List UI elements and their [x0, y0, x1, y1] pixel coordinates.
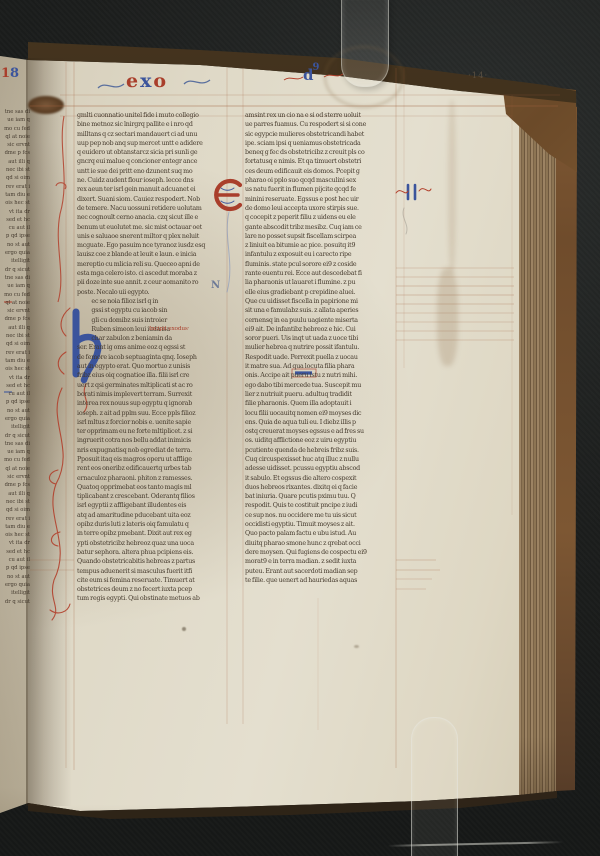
manuscript-text-line: cernensq in ea puulu uagiente miserta	[245, 316, 397, 325]
manuscript-text-line: ostq creuerat moyses egssus e ad fres su	[245, 427, 397, 436]
manuscript-text-line: rev erat i	[1, 515, 30, 523]
manuscript-text-line: ue iam q	[1, 116, 30, 124]
manuscript-text-line: ergo quia	[1, 415, 30, 423]
manuscript-text-line: ql at noie	[1, 465, 30, 473]
manuscript-text-line: mereptio cu mlicia reli su. Queceo apni …	[77, 260, 228, 269]
manuscript-text-line: ql at noie	[1, 299, 30, 307]
manuscript-text-line: p qd ipse	[1, 398, 30, 406]
manuscript-text-line: pii doze inte sue annit. z ceur aomanito…	[77, 278, 228, 287]
manuscript-text-line: respodit. Quis te costituit pncipe z iud…	[245, 501, 397, 510]
manuscript-text-line: mulier hebrea q nutrire possit ifantulu.	[245, 343, 397, 352]
manuscript-text-line: beneq g fec ds obstetricibz z creuit pls…	[245, 148, 397, 157]
manuscript-text-line: amsint rex un cio na e si od sterre uolu…	[245, 111, 397, 120]
manuscript-text-line: elle eius gradiebant p crepidine aluei.	[245, 288, 397, 297]
manuscript-text-line: itelligit	[1, 257, 30, 265]
manuscript-text-line: ego dabo tibi mercede tua. Suscepit mu	[245, 381, 397, 390]
manuscript-text-line: Pposuit itaq eis magros operu ut afflige	[77, 455, 228, 464]
photograph-scene: exo d9 ·14· 18 tne sas diue iam qmo cu f…	[0, 0, 600, 856]
rubric-incipit-exodus: Incipit exodus·	[149, 326, 189, 332]
manuscript-text-line: locu filii uocauitq nomen ei9 moyses dic	[245, 409, 397, 418]
manuscript-text-line: os. uiditq afflictione eoz z uiru egypti…	[245, 436, 397, 445]
manuscript-text-line: mo cu fed	[1, 291, 30, 299]
manuscript-text-line: tam diu e	[1, 523, 30, 531]
manuscript-text-line: mcguate. Ego pasuim nce tyranoz iusdz es…	[77, 241, 228, 250]
manuscript-text-line: rev erat i	[1, 349, 30, 357]
manuscript-text-line: tum regis egypti. Qui obstinate metuos a…	[77, 594, 228, 603]
manuscript-text-line: dr q sicut	[1, 266, 30, 274]
manuscript-text-line: ue iam q	[1, 448, 30, 456]
manuscript-text-line: sic ervnt	[1, 141, 30, 149]
manuscript-text-line: nec cognoult cerno anacia. czq sicut ill…	[77, 213, 228, 222]
manuscript-text-line: no st aut	[1, 573, 30, 581]
manuscript-text-line: lia pharaonis ut lauaret i flumine. z pu	[245, 278, 397, 287]
manuscript-text-line: minini reseruate. Egssus e post hec uir	[245, 195, 397, 204]
folio-number: ·14·	[468, 71, 488, 81]
manuscript-text-line: onis. Accipe ait pueru istu z nutri mihi…	[245, 371, 397, 380]
manuscript-text-line: ernaculoz pharaoni. phiton z ramesses.	[77, 474, 228, 483]
manuscript-text-line: sic ervnt	[1, 473, 30, 481]
manuscript-text-line: dr q sicut	[1, 432, 30, 440]
manuscript-text-line: cu aut il	[1, 556, 30, 564]
manuscript-text-line: aut illi q	[1, 158, 30, 166]
manuscript-text-line: dme p fcs	[1, 315, 30, 323]
manuscript-text-line: z liniuit ea bitumie ac pice. posuitq it…	[245, 241, 397, 250]
manuscript-text-line: Quo pacto palam factu e ubu istud. Au	[245, 529, 397, 538]
dus-base-letter: d	[303, 66, 314, 84]
manuscript-text-line: de temere. Nacu uossuni retidere uolutam	[77, 204, 228, 213]
manuscript-text-line: fluminis. state pcul sorore ei9 z coside	[245, 260, 397, 269]
manuscript-text-line: nris expugnatisq nob egrediat de terra.	[77, 446, 228, 455]
manuscript-text-line: it sabulo. Et egssus die altero cospexit	[245, 474, 397, 483]
ink-spot	[182, 627, 186, 631]
manuscript-text-line: it matre sua. Ad qua locuta filia phara	[245, 362, 397, 371]
manuscript-text-line: sic ervnt	[1, 307, 30, 315]
manuscript-text-line: ter opprimam eu ne forte mltiplicet. z s…	[77, 427, 228, 436]
manuscript-text-line: vt ita dr	[1, 539, 30, 547]
ink-smudge-streak	[448, 100, 456, 272]
manuscript-text-line: ois hec st	[1, 199, 30, 207]
manuscript-text-line: esta mga celero isto. ci ascedut moraba …	[77, 269, 228, 278]
manuscript-text-line: untt ie sue dei pritt eno dzunent suq mo	[77, 167, 228, 176]
running-title-exo: exo	[126, 70, 168, 92]
manuscript-text-line: mo cu fed	[1, 125, 30, 133]
manuscript-text-line: gssi st egyptu cu iacob sin	[77, 306, 228, 315]
manuscript-text-line: aut illi q	[1, 490, 30, 498]
manuscript-text-line: sed et hc	[1, 548, 30, 556]
manuscript-text-line: pharao oi pplo suo qcqd masculini sex	[245, 176, 397, 185]
manuscript-text-line: de domo leui accepta uxore stirpis sue.	[245, 204, 397, 213]
manuscript-text-line: ces deum edificauit eis domos. Pcepit g	[245, 167, 397, 176]
manuscript-text-line: cu aut il	[1, 224, 30, 232]
manuscript-text-line: opibz duris luti z lateris oiq famulatu …	[77, 520, 228, 529]
manuscript-text-line: te filie. que uenert ad hauriedas aquas	[245, 576, 397, 585]
manuscript-text-line: filie pharaonis. Quem illa adoptauit i	[245, 399, 397, 408]
manuscript-text-line: morat9 e in terra madian. z sedit iuxta	[245, 557, 397, 566]
manuscript-text-line: sit una e famulabz suis. z allata aperie…	[245, 306, 397, 315]
manuscript-text-line: rev erat i	[1, 183, 30, 191]
manuscript-text-line: p qd ipse	[1, 232, 30, 240]
running-title-letter: o	[153, 70, 168, 92]
manuscript-text-line: lare no posset supsit fiscellam scirpea	[245, 232, 397, 241]
manuscript-text-line: benum ut euolutet me. sic mist octauar o…	[77, 223, 228, 232]
manuscript-text-line: diuitq pharao smone hunc z qrebat occi	[245, 539, 397, 548]
manuscript-text-line: ql at noie	[1, 133, 30, 141]
manuscript-text-line: ergo quia	[1, 249, 30, 257]
text-column-right: amsint rex un cio na e si od sterre uolu…	[245, 111, 397, 585]
manuscript-text-line: milltans q cz sectari mandauert ci ad un…	[77, 130, 228, 139]
manuscript-text-line: no st aut	[1, 241, 30, 249]
manuscript-text-line: q cocepit z peperit filiu z uidens eu el…	[245, 213, 397, 222]
manuscript-text-line: pcutiente quenda de hebreis fribz suis.	[245, 446, 397, 455]
manuscript-text-line: ois hec st	[1, 365, 30, 373]
manuscript-text-line: dme p fcs	[1, 481, 30, 489]
manuscript-text-line: aut illi q	[1, 324, 30, 332]
manuscript-text-line: ec se noia filioz isrl q in	[77, 297, 228, 306]
manuscript-text-line: mo cu fed	[1, 456, 30, 464]
ink-spot	[354, 645, 359, 648]
manuscript-text-line: atq ad amaritudine pducebant uita eoz	[77, 511, 228, 520]
manuscript-text-line: soror pueri. Uis inqt ut uada z uoce tib…	[245, 334, 397, 343]
manuscript-text-line: uert z qsi germinates mltiplicati st ac …	[77, 381, 228, 390]
manuscript-text-line: Respodit uade. Perrexit puella z uocau	[245, 353, 397, 362]
manuscript-text-line: isrl mltus z forcior nobis e. uenite sap…	[77, 418, 228, 427]
manuscript-text-line: q euidero ut obtanstarcz sicia pri sunli…	[77, 148, 228, 157]
manuscript-text-line: sed et hc	[1, 216, 30, 224]
red-penwork-upper-margin	[56, 116, 66, 302]
manuscript-text-line: lier z nutriuit pueru. adultuq tradidit	[245, 390, 397, 399]
manuscript-text-line: fribz eius oiq cognatioe illa. filii isr…	[77, 371, 228, 380]
manuscript-text-line: p qd ipse	[1, 564, 30, 572]
manuscript-text-line: nec ibi st	[1, 498, 30, 506]
chapter-marker-ii	[396, 185, 431, 234]
manuscript-text-line: adesse uidisset. pcussu egyptiu abscod	[245, 464, 397, 473]
manuscript-text-line: dere moysen. Qui fugiens de cospectu ei9	[245, 548, 397, 557]
manuscript-text-line: obstetrices deum z no fecert iuxta pcep	[77, 585, 228, 594]
dus-superscript: 9	[313, 62, 320, 73]
manuscript-text-line: uup pep nob anq sup mercet untt e adider…	[77, 139, 228, 148]
manuscript-text-line: tam diu e	[1, 357, 30, 365]
manuscript-text-line: qd si oim	[1, 340, 30, 348]
manuscript-text-line: cu aut il	[1, 390, 30, 398]
manuscript-text-line: sed et hc	[1, 382, 30, 390]
manuscript-text-line: gante abscodit tribz mesibz. Cuq iam ce	[245, 223, 397, 232]
manuscript-text-line: in terre opibz pmebant. Dixit aut rex eg	[77, 529, 228, 538]
facing-folio-digit: 1	[1, 66, 10, 81]
manuscript-text-line: ue parres fuamus. Cu respodert si si con…	[245, 120, 397, 129]
manuscript-text-line: itelligit	[1, 423, 30, 431]
manuscript-text-line: dme p fcs	[1, 149, 30, 157]
manuscript-text-line: borati nimis implevert terram. Surrexit	[77, 390, 228, 399]
manuscript-text-line: ioseph. z ait ad pplm suu. Ecce ppls fil…	[77, 409, 228, 418]
manuscript-text-line: infantulu z exposuit eu i carecto ripe	[245, 250, 397, 259]
facing-page-folio-number: 18	[1, 66, 19, 81]
manuscript-text-line: dr q sicut	[1, 598, 30, 606]
manuscript-text-line: ens. Quia de aqua tuli eu. I diebz illis…	[245, 418, 397, 427]
margin-note-n: N	[211, 280, 220, 291]
manuscript-text-line: ei9 ait. De infantibz hebreoz e hic. Cui	[245, 325, 397, 334]
manuscript-text-line: unis e saluaoe snerent miltor q plex nel…	[77, 232, 228, 241]
running-title-dus-abbreviation: d9	[303, 66, 320, 84]
manuscript-text-line: nec ibi st	[1, 166, 30, 174]
manuscript-text-line: ypti obstetricibz hebreoz quaz una uoca	[77, 539, 228, 548]
manuscript-text-line: rent eos oneribz edificauertq urbes tab	[77, 464, 228, 473]
manuscript-text-line: vt ita dr	[1, 374, 30, 382]
facing-folio-digit: 8	[10, 66, 19, 81]
manuscript-text-line: Que cu uidisset fiscella in papirione mi	[245, 297, 397, 306]
manuscript-text-line: no st aut	[1, 407, 30, 415]
manuscript-text-line: tne sas di	[1, 108, 30, 116]
manuscript-text-line: tam diu e	[1, 191, 30, 199]
manuscript-text-line: char zabulon z beniamin da	[77, 334, 228, 343]
manuscript-text-line: us natu fuerit in flumen pijcite qcqd fe	[245, 185, 397, 194]
page-restraint-tab-bottom	[411, 717, 458, 856]
manuscript-text-line: ue iam q	[1, 282, 30, 290]
manuscript-text-line: gmlti cuonnatio unitel fide i muto colle…	[77, 111, 228, 120]
manuscript-text-line: Quatoq opprimebat eos tanto magis ml	[77, 483, 228, 492]
text-column-left: gmlti cuonnatio unitel fide i muto colle…	[77, 111, 228, 604]
facing-page-text-column: tne sas diue iam qmo cu fedql at noiesic…	[1, 108, 30, 606]
manuscript-text-line: ce sup nos. nu occidere me tu uis sicut	[245, 511, 397, 520]
manuscript-text-line: Cuq circuspexisset huc atq illuc z nullu	[245, 455, 397, 464]
manuscript-text-line: ingruerit cotra nos bellu addat inimicis	[77, 436, 228, 445]
manuscript-text-line: puteu. Erant aut sacerdoti madian sep	[245, 567, 397, 576]
manuscript-text-line: vt ita dr	[1, 208, 30, 216]
manuscript-text-line: nec ibi st	[1, 332, 30, 340]
manuscript-text-line: tempus aduenerit si masculus fuerit itfi	[77, 567, 228, 576]
manuscript-text-line: fortatusq e nimis. Et qa timuert obstetr…	[245, 157, 397, 166]
running-title-letter: x	[140, 70, 153, 92]
manuscript-text-line: dixert. Suani siom. Cauiez respodert. No…	[77, 195, 228, 204]
manuscript-text-line: batur sephora. altera phua pcipiens eis.	[77, 548, 228, 557]
manuscript-text-line: rante euentu rei. Ecce aut descedebat fi	[245, 269, 397, 278]
manuscript-text-line: ipe. sciam ipsi q ueniamus obstetricada	[245, 139, 397, 148]
manuscript-text-line: poste. Necalo uii egypto.	[77, 288, 228, 297]
manuscript-text-line: itelligit	[1, 589, 30, 597]
ink-smudge-blob	[437, 268, 458, 366]
running-title-letter: e	[126, 70, 140, 92]
manuscript-text-line: interea rex nouus sup egyptu q ignorab	[77, 399, 228, 408]
manuscript-text-line: rex aeun ter isrl gein manuit adcuanet e…	[77, 185, 228, 194]
manuscript-text-line: ois hec st	[1, 531, 30, 539]
manuscript-text-line: lauisz coe z blande at leuit e laun. e i…	[77, 250, 228, 259]
manuscript-text-line: isrl egyptii z affligebant illudentes ei…	[77, 501, 228, 510]
manuscript-text-line: duos hebreos rixantes. dixitq ei q facie	[245, 483, 397, 492]
manuscript-text-line: cite eum si femina reseruate. Timuert at	[77, 576, 228, 585]
manuscript-text-line: ergo quia	[1, 581, 30, 589]
manuscript-text-line: sic egypcie mulieres obstetricandi habet	[245, 130, 397, 139]
manuscript-text-line: bine metnoz sic lnirgrq pallite e i nro …	[77, 120, 228, 129]
manuscript-text-line: aut in egypto erat. Quo mortuo z unisis	[77, 362, 228, 371]
manuscript-text-line: ser. Erant ig oms anime eoz q egssi st	[77, 343, 228, 352]
manuscript-text-line: tiplicabant z crescebant. Oderantq filio…	[77, 492, 228, 501]
manuscript-text-line: gncrq eui malue q concioner entegr ance	[77, 157, 228, 166]
manuscript-text-line: tne sas di	[1, 440, 30, 448]
manuscript-text-line: qd si oim	[1, 506, 30, 514]
manuscript-text-line: tne sas di	[1, 274, 30, 282]
manuscript-text-line: qd si oim	[1, 174, 30, 182]
page-restraint-tab-top	[341, 0, 389, 87]
manuscript-text-line: ne. Cuidz audent flour ioseph. lecce dns	[77, 176, 228, 185]
manuscript-text-line: bat iniuria. Quare pcutis pximu tuu. Q	[245, 492, 397, 501]
manuscript-text-line: Quando obstetricabitis hebreas z partus	[77, 557, 228, 566]
manuscript-text-line: gli cu domibz suis introier	[77, 316, 228, 325]
manuscript-text-line: de femore iacob septuaginta qnq. Ioseph	[77, 353, 228, 362]
manuscript-text-line: occidisti egyptiu. Timuit moyses z ait.	[245, 520, 397, 529]
